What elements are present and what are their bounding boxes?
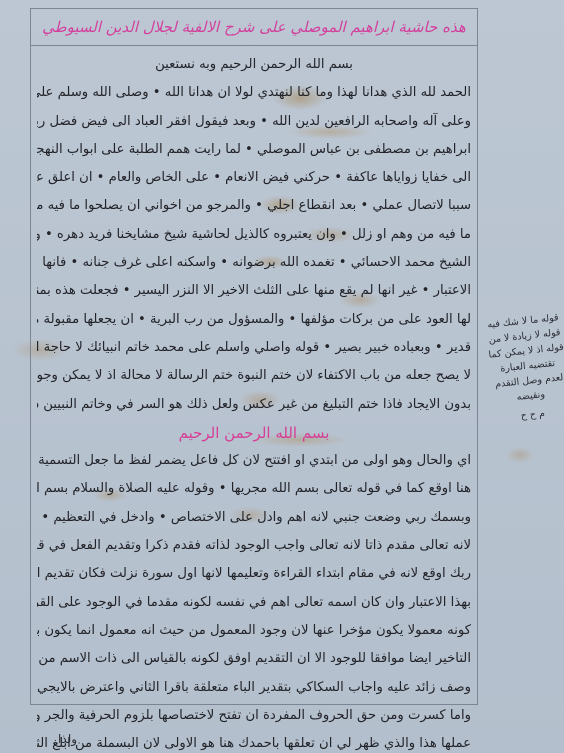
margin-note: قوله ما لا شك فيه قوله لا زيادة لا من قو… [484, 310, 564, 426]
text-line: التاخير ايضا موافقا للوجود الا ان التقدي… [37, 645, 471, 673]
margin-note-text: قوله ما لا شك فيه قوله لا زيادة لا من قو… [484, 310, 564, 407]
catchword: ولذا [58, 732, 77, 746]
text-line: الى خفايا زواياها عاكفة • حركني فيض الان… [37, 164, 471, 192]
section-basmala: بسم الله الرحمن الرحيم [37, 419, 471, 447]
margin-note-signature: م ح ح [494, 403, 564, 426]
text-line: وعلى آله واصحابه الرافعين لدين الله • وب… [37, 108, 471, 136]
text-line: قدير • وبعباده خبير بصير • قوله واصلي وا… [37, 334, 471, 362]
text-line: لانه تعالى مقدم ذاتا لانه تعالى واجب الو… [37, 532, 471, 560]
text-line: ربك اوقع لانه في مقام ابتداء القراءة وتع… [37, 560, 471, 588]
text-line: عملها هذا والذي ظهر لي ان تعلقها باحمدك … [37, 730, 471, 753]
basmala-text: بسم الله الرحمن الرحيم وبه نستعين [155, 57, 353, 72]
manuscript-page: هذه حاشية ابراهيم الموصلي على شرح الالفي… [0, 0, 564, 753]
text-line: بهذا الاعتبار وان كان اسمه تعالى اهم في … [37, 589, 471, 617]
text-line: اي والحال وهو اولى من ابتدي او افتتح لان… [37, 447, 471, 475]
text-line: ابراهيم بن مصطفى بن عباس الموصلي • لما ر… [37, 136, 471, 164]
text-line: الاعتبار • غير انها لم يقع منها على الثل… [37, 277, 471, 305]
text-line: الحمد لله الذي هدانا لهذا وما كنا لنهتدي… [37, 79, 471, 107]
text-line: لها العود على من بركات مؤلفها • والمسؤول… [37, 306, 471, 334]
title-band: هذه حاشية ابراهيم الموصلي على شرح الالفي… [31, 9, 477, 46]
text-line: واما كسرت ومن حق الحروف المفردة ان تفتح … [37, 702, 471, 730]
main-text-block: بسم الله الرحمن الرحيم وبه نستعين الحمد … [37, 51, 471, 753]
basmala: بسم الله الرحمن الرحيم وبه نستعين [37, 51, 471, 79]
text-line: كونه معمولا يكون مؤخرا عنها لان وجود الم… [37, 617, 471, 645]
text-line: بدون الايجاد فاذا ختم التبليغ من غير عكس… [37, 391, 471, 419]
text-line: الشيخ محمد الاحسائي • تغمده الله برضوانه… [37, 249, 471, 277]
text-line: وصف زائد عليه واجاب السكاكي بتقدير الباء… [37, 674, 471, 702]
manuscript-title: هذه حاشية ابراهيم الموصلي على شرح الالفي… [42, 18, 466, 36]
text-line: لا يصح جعله من باب الاكتفاء لان ختم النب… [37, 362, 471, 390]
text-line: وبسمك ربي وضعت جنبي لانه اهم وادل على ال… [37, 504, 471, 532]
text-line: سببا لاتصال عملي • بعد انقطاع اجلي • وال… [37, 192, 471, 220]
text-line: هنا اوقع كما في قوله تعالى بسم الله مجري… [37, 475, 471, 503]
text-frame: هذه حاشية ابراهيم الموصلي على شرح الالفي… [30, 8, 478, 705]
text-line: ما فيه من وهم او زلل • وان يعتبروه كالذي… [37, 221, 471, 249]
